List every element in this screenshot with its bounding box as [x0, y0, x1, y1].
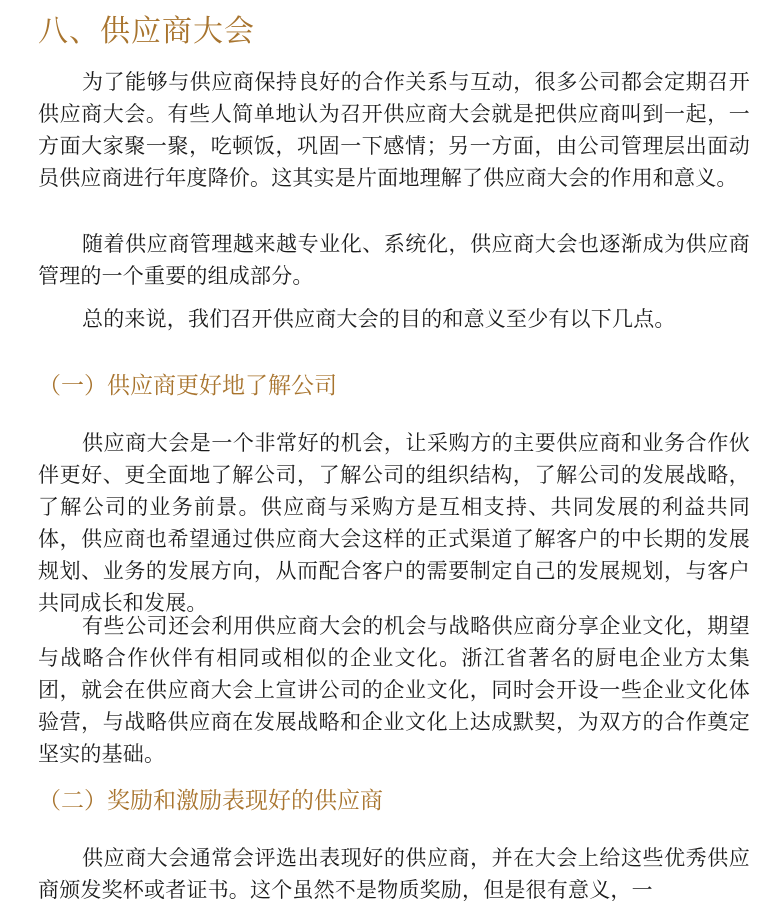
paragraph-professionalization: 随着供应商管理越来越专业化、系统化，供应商大会也逐渐成为供应商管理的一个重要的组… — [38, 228, 750, 292]
section-heading-1: （一）供应商更好地了解公司 — [38, 367, 337, 400]
chapter-title: 八、供应商大会 — [38, 6, 255, 50]
section-1-paragraph-2: 有些公司还会利用供应商大会的机会与战略供应商分享企业文化，期望与战略合作伙伴有相… — [38, 610, 750, 770]
paragraph-summary: 总的来说，我们召开供应商大会的目的和意义至少有以下几点。 — [38, 303, 750, 335]
section-heading-2: （二）奖励和激励表现好的供应商 — [38, 782, 383, 815]
section-1-paragraph-1: 供应商大会是一个非常好的机会，让采购方的主要供应商和业务合作伙伴更好、更全面地了… — [38, 427, 750, 619]
section-2-paragraph-1: 供应商大会通常会评选出表现好的供应商，并在大会上给这些优秀供应商颁发奖杯或者证书… — [38, 842, 750, 901]
paragraph-intro: 为了能够与供应商保持良好的合作关系与互动，很多公司都会定期召开供应商大会。有些人… — [38, 66, 750, 194]
